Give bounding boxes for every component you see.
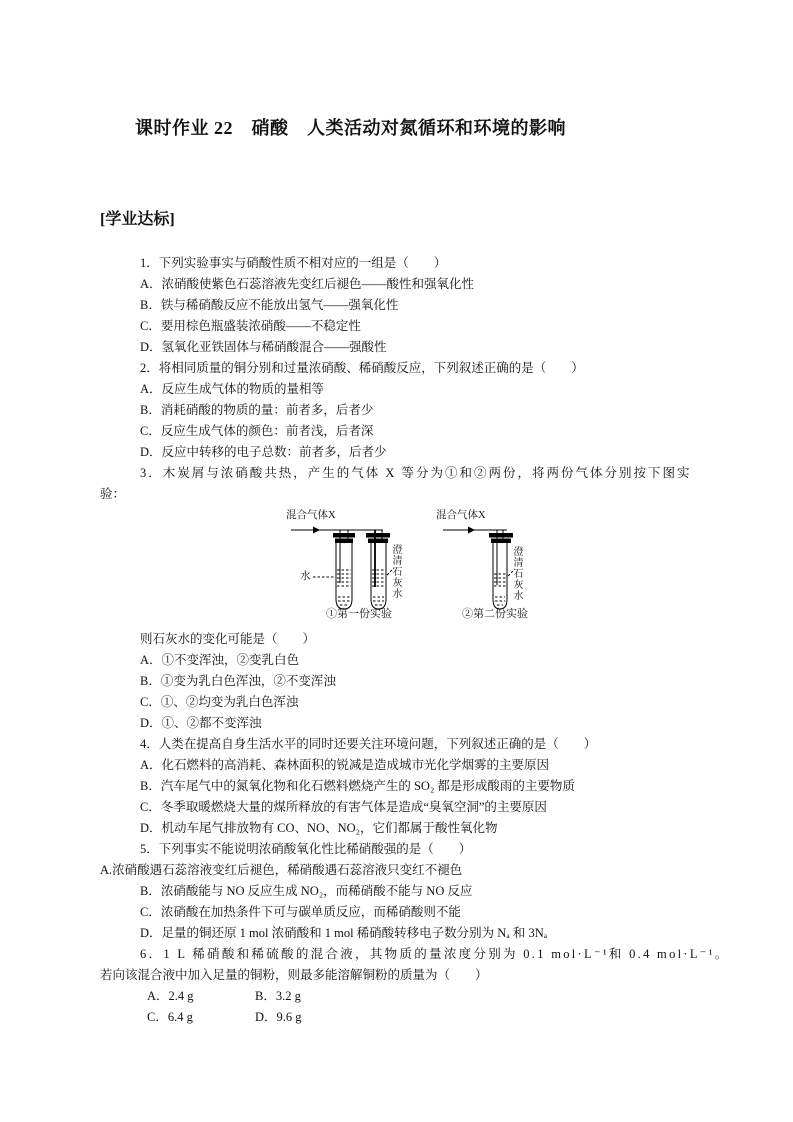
- q4-stem: 4．人类在提高自身生活水平的同时还要关注环境问题，下列叙述正确的是（ ）: [100, 734, 790, 755]
- q5-option-d: D．足量的铜还原 1 mol 浓硝酸和 1 mol 稀硝酸转移电子数分别为 Nₐ…: [100, 923, 790, 944]
- flow-arrow-icon: [468, 527, 475, 534]
- q6-option-a: A．2.4 g: [147, 986, 255, 1007]
- q6-option-d: D．9.6 g: [255, 1007, 302, 1028]
- q5-stem: 5．下列事实不能说明浓硝酸氧化性比稀硝酸强的是（ ）: [100, 839, 790, 860]
- q2-option-b: B．消耗硝酸的物质的量：前者多，后者少: [100, 400, 790, 421]
- q1-option-a: A．浓硝酸使紫色石蕊溶液先变红后褪色——酸性和强氧化性: [100, 274, 790, 295]
- experiment-diagram: 混合气体X 水 澄清石灰水 ①第一份实验 混合气体X 澄清石灰水 ②第二份实验: [100, 505, 790, 629]
- gas-label-left: 混合气体X: [286, 510, 336, 522]
- experiment-caption-right: ②第二份实验: [462, 608, 528, 620]
- q6-option-c: C．6.4 g: [147, 1007, 255, 1028]
- worksheet-content: 1．下列实验事实与硝酸性质不相对应的一组是（ ） A．浓硝酸使紫色石蕊溶液先变红…: [100, 253, 790, 1028]
- q2-stem: 2．将相同质量的铜分别和过量浓硝酸、稀硝酸反应，下列叙述正确的是（ ）: [100, 358, 790, 379]
- gas-label-right: 混合气体X: [436, 510, 486, 522]
- section-header: [学业达标]: [100, 206, 175, 229]
- experiment-caption-left: ①第一份实验: [326, 608, 392, 620]
- q6-stem-line2: 若向该混合液中加入足量的铜粉，则最多能溶解铜粉的质量为（ ）: [100, 965, 790, 986]
- q5-option-c: C．浓硝酸在加热条件下可与碳单质反应，而稀硝酸则不能: [100, 902, 790, 923]
- q1-option-c: C．要用棕色瓶盛装浓硝酸——不稳定性: [100, 316, 790, 337]
- q6-option-b: B．3.2 g: [255, 986, 301, 1007]
- worksheet-page: 课时作业 22 硝酸 人类活动对氮循环和环境的影响 [学业达标] 1．下列实验事…: [0, 0, 793, 1122]
- q2-option-a: A．反应生成气体的物质的量相等: [100, 379, 790, 400]
- limewater-label-right: 澄清石灰水: [511, 546, 521, 601]
- q6-options-row1: A．2.4 gB．3.2 g: [100, 986, 790, 1007]
- limewater-label-left: 澄清石灰水: [390, 544, 400, 599]
- stopper: [368, 539, 388, 544]
- stopper: [333, 533, 355, 538]
- stopper: [366, 533, 390, 538]
- q5-option-b: B．浓硝酸能与 NO 反应生成 NO₂，而稀硝酸不能与 NO 反应: [100, 881, 790, 902]
- q3-option-b: B．①变为乳白色浑浊，②不变浑浊: [100, 671, 790, 692]
- q3-post-diagram: 则石灰水的变化可能是（ ）: [100, 629, 790, 650]
- q4-option-c: C．冬季取暖燃烧大量的煤所释放的有害气体是造成“臭氧空洞”的主要原因: [100, 797, 790, 818]
- q4-option-b: B．汽车尾气中的氮氧化物和化石燃料燃烧产生的 SO₂ 都是形成酸雨的主要物质: [100, 776, 790, 797]
- q5-option-a: A.浓硝酸遇石蕊溶液变红后褪色，稀硝酸遇石蕊溶液只变红不褪色: [100, 860, 790, 881]
- q2-option-c: C．反应生成气体的颜色：前者浅，后者深: [100, 421, 790, 442]
- stopper: [335, 539, 353, 544]
- q4-option-a: A．化石燃料的高消耗、森林面积的锐减是造成城市光化学烟雾的主要原因: [100, 755, 790, 776]
- q6-stem-line1: 6．1 L 稀硝酸和稀硫酸的混合液，其物质的量浓度分别为 0.1 mol·L⁻¹…: [100, 944, 790, 965]
- stopper: [491, 539, 511, 544]
- q3-option-c: C．①、②均变为乳白色浑浊: [100, 692, 790, 713]
- flow-arrow-icon: [313, 527, 320, 534]
- q4-option-d: D．机动车尾气排放物有 CO、NO、NO₂，它们都属于酸性氧化物: [100, 818, 790, 839]
- q3-stem-line2: 验：: [100, 484, 790, 505]
- q1-option-b: B．铁与稀硝酸反应不能放出氢气——强氧化性: [100, 295, 790, 316]
- q3-option-a: A．①不变浑浊，②变乳白色: [100, 650, 790, 671]
- water-label: 水: [300, 571, 311, 583]
- q3-option-d: D．①、②都不变浑浊: [100, 713, 790, 734]
- q1-stem: 1．下列实验事实与硝酸性质不相对应的一组是（ ）: [100, 253, 790, 274]
- q6-options-row2: C．6.4 gD．9.6 g: [100, 1007, 790, 1028]
- q3-stem-line1: 3．木炭屑与浓硝酸共热，产生的气体 X 等分为①和②两份，将两份气体分别按下图实: [100, 463, 790, 484]
- q2-option-d: D．反应中转移的电子总数：前者多，后者少: [100, 442, 790, 463]
- stopper: [489, 533, 513, 538]
- q1-option-d: D．氢氧化亚铁固体与稀硝酸混合——强酸性: [100, 337, 790, 358]
- page-title: 课时作业 22 硝酸 人类活动对氮循环和环境的影响: [135, 114, 566, 140]
